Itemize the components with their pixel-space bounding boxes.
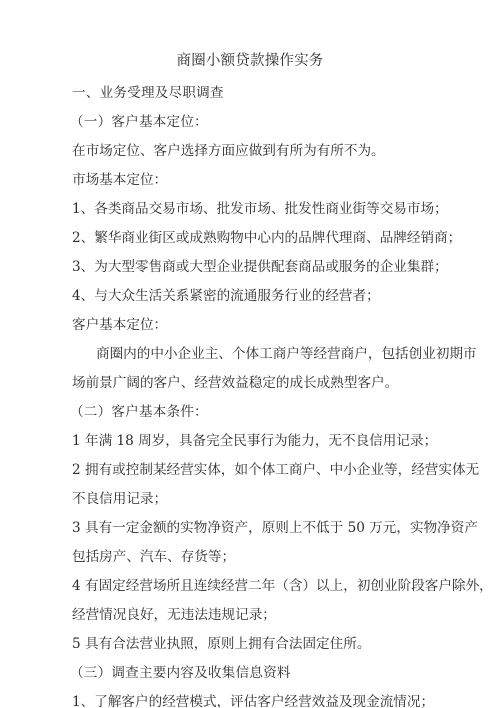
label-market-positioning: 市场基本定位： bbox=[72, 170, 167, 190]
paragraph-positioning-principle: 在市场定位、客户选择方面应做到有所为有所不为。 bbox=[72, 141, 385, 161]
list-item-condition-3: 3 具有一定金额的实物净资产，原则上不低于 50 万元，实物净资产 bbox=[72, 518, 478, 538]
paragraph-customer-positioning-cont: 场前景广阔的客户、经营效益稳定的成长成熟型客户。 bbox=[72, 373, 398, 393]
subsection-heading-customer-positioning: （一）客户基本定位： bbox=[70, 112, 208, 132]
paragraph-customer-positioning: 商圈内的中小企业主、个体工商户等经营商户，包括创业初期市 bbox=[96, 344, 477, 364]
list-item-condition-4: 4 有固定经营场所且连续经营二年（含）以上，初创业阶段客户除外， bbox=[72, 576, 493, 596]
subsection-heading-customer-conditions: （二）客户基本条件： bbox=[70, 402, 208, 422]
label-customer-positioning: 客户基本定位： bbox=[72, 315, 167, 335]
list-item-condition-4-cont: 经营情况良好，无违法违规记录； bbox=[72, 605, 276, 625]
list-item-investigation-1: 1、了解客户的经营模式，评估客户经营效益及现金流情况； bbox=[72, 692, 434, 708]
document-title: 商圈小额贷款操作实务 bbox=[0, 50, 500, 72]
section-heading-1: 一、业务受理及尽职调查 bbox=[72, 83, 224, 103]
list-item-condition-3-cont: 包括房产、汽车、存货等； bbox=[72, 547, 235, 567]
list-item-market-2: 2、繁华商业街区或成熟购物中心内的品牌代理商、品牌经销商； bbox=[72, 228, 461, 248]
list-item-market-3: 3、为大型零售商或大型企业提供配套商品或服务的企业集群； bbox=[72, 257, 448, 277]
document-page: 商圈小额贷款操作实务 一、业务受理及尽职调查 （一）客户基本定位： 在市场定位、… bbox=[0, 0, 500, 708]
list-item-condition-1: 1 年满 18 周岁，具备完全民事行为能力，无不良信用记录； bbox=[72, 431, 437, 451]
list-item-condition-5: 5 具有合法营业执照，原则上拥有合法固定住所。 bbox=[72, 634, 370, 654]
list-item-market-4: 4、与大众生活关系紧密的流通服务行业的经营者； bbox=[72, 286, 380, 306]
list-item-condition-2: 2 拥有或控制某经营实体，如个体工商户、中小企业等，经营实体无 bbox=[72, 460, 479, 480]
list-item-market-1: 1、各类商品交易市场、批发市场、批发性商业街等交易市场； bbox=[72, 199, 448, 219]
subsection-heading-investigation: （三）调查主要内容及收集信息资料 bbox=[70, 663, 291, 683]
list-item-condition-2-cont: 不良信用记录； bbox=[72, 489, 167, 509]
